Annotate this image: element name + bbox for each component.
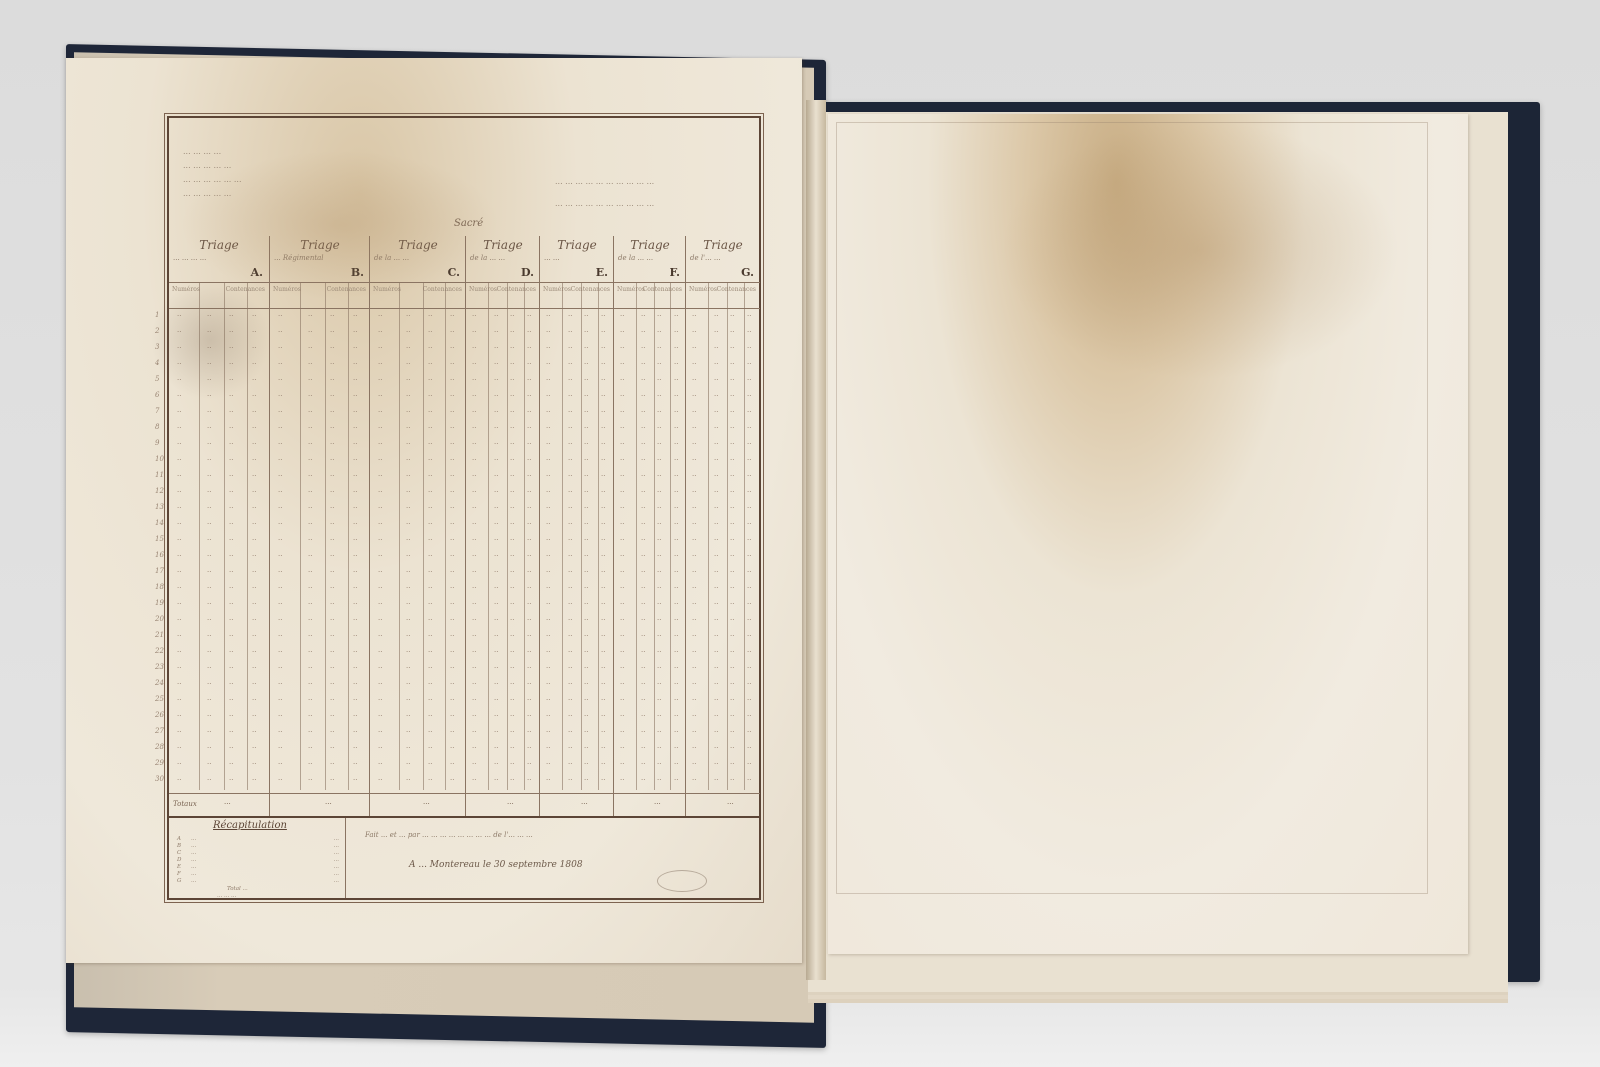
table-cell: ·· (330, 424, 334, 432)
table-row: ········ (686, 549, 760, 565)
table-cell: ·· (568, 712, 572, 720)
table-cell: ·· (641, 424, 645, 432)
table-cell: ·· (714, 440, 718, 448)
table-cell: ·· (674, 408, 678, 416)
table-cell: ·· (378, 488, 382, 496)
table-row: ········ (169, 421, 269, 437)
table-cell: ·· (568, 504, 572, 512)
table-cell: ·· (330, 664, 334, 672)
table-cell: ·· (657, 680, 661, 688)
table-row: ········ (169, 693, 269, 709)
section-rows: ········································… (466, 308, 540, 789)
table-cell: ·· (472, 312, 476, 320)
table-row: ········ (466, 421, 540, 437)
table-cell: ·· (601, 456, 605, 464)
table-cell: ·· (252, 712, 256, 720)
table-cell: ·· (308, 504, 312, 512)
table-row: ········ (686, 757, 760, 773)
table-cell: ·· (428, 472, 432, 480)
table-row: ········ (614, 309, 686, 325)
table-cell: ·· (747, 344, 751, 352)
table-cell: ·· (229, 760, 233, 768)
table-cell: ·· (620, 392, 624, 400)
table-cell: ·· (747, 648, 751, 656)
section-letter: C. (448, 266, 460, 279)
table-cell: ·· (641, 760, 645, 768)
table-cell: ·· (330, 760, 334, 768)
table-cell: ·· (527, 360, 531, 368)
table-cell: ·· (674, 504, 678, 512)
table-row: ········ (540, 613, 614, 629)
table-cell: ·· (278, 408, 282, 416)
section-total: ... (466, 793, 540, 812)
table-cell: ·· (747, 536, 751, 544)
table-cell: ·· (641, 536, 645, 544)
table-cell: ·· (584, 584, 588, 592)
table-cell: ·· (330, 536, 334, 544)
table-cell: ·· (527, 712, 531, 720)
table-cell: ·· (674, 680, 678, 688)
table-cell: ·· (308, 456, 312, 464)
table-cell: ·· (308, 760, 312, 768)
table-cell: ·· (207, 728, 211, 736)
table-cell: ·· (714, 664, 718, 672)
section-title: Triage (370, 238, 466, 252)
table-row: ········ (540, 501, 614, 517)
table-cell: ·· (177, 728, 181, 736)
table-cell: ·· (641, 728, 645, 736)
table-row: ········ (270, 437, 370, 453)
table-cell: ·· (353, 632, 357, 640)
table-cell: ·· (252, 648, 256, 656)
table-cell: ·· (229, 504, 233, 512)
table-cell: ·· (692, 552, 696, 560)
table-cell: ·· (527, 312, 531, 320)
table-row: ········ (466, 325, 540, 341)
table-cell: ·· (330, 728, 334, 736)
table-cell: ·· (330, 312, 334, 320)
table-cell: ·· (308, 552, 312, 560)
table-cell: ·· (428, 632, 432, 640)
table-row: ········ (686, 629, 760, 645)
table-cell: ·· (747, 664, 751, 672)
table-cell: ·· (428, 616, 432, 624)
table-cell: ·· (641, 680, 645, 688)
table-cell: ·· (207, 680, 211, 688)
table-cell: ·· (747, 488, 751, 496)
table-cell: ·· (330, 520, 334, 528)
table-cell: ·· (641, 600, 645, 608)
table-cell: ·· (601, 648, 605, 656)
table-row: ········ (370, 309, 466, 325)
table-cell: ·· (378, 680, 382, 688)
table-cell: ·· (730, 632, 734, 640)
column-header-numeros: Numéros (469, 286, 497, 293)
table-cell: ·· (620, 680, 624, 688)
table-cell: ·· (378, 744, 382, 752)
table-cell: ·· (472, 472, 476, 480)
table-row: ········ (686, 741, 760, 757)
table-cell: ·· (353, 552, 357, 560)
table-row: ········ (466, 549, 540, 565)
table-row: ········ (540, 421, 614, 437)
table-cell: ·· (510, 392, 514, 400)
table-cell: ·· (641, 696, 645, 704)
table-cell: ·· (353, 408, 357, 416)
table-cell: ·· (730, 664, 734, 672)
center-heading: Sacré (454, 218, 483, 229)
recap-key: B (177, 843, 181, 849)
table-row: ········ (466, 725, 540, 741)
table-cell: ·· (450, 632, 454, 640)
table-cell: ·· (620, 568, 624, 576)
table-cell: ·· (494, 728, 498, 736)
table-row: ········ (614, 501, 686, 517)
recap-label: ... (191, 857, 196, 863)
table-cell: ·· (641, 440, 645, 448)
column-header-numeros: Numéros (543, 286, 571, 293)
table-cell: ·· (353, 472, 357, 480)
table-cell: ·· (378, 392, 382, 400)
table-row: ········ (540, 405, 614, 421)
table-cell: ·· (641, 568, 645, 576)
table-cell: ·· (472, 488, 476, 496)
table-cell: ·· (252, 728, 256, 736)
table-cell: ·· (584, 696, 588, 704)
table-cell: ·· (278, 536, 282, 544)
table-cell: ·· (229, 744, 233, 752)
table-cell: ·· (450, 440, 454, 448)
table-cell: ·· (620, 520, 624, 528)
table-cell: ·· (353, 680, 357, 688)
table-row: ········ (466, 773, 540, 789)
table-cell: ·· (450, 392, 454, 400)
table-cell: ·· (568, 408, 572, 416)
table-cell: ·· (601, 392, 605, 400)
table-cell: ·· (747, 376, 751, 384)
table-cell: ·· (308, 488, 312, 496)
table-cell: ·· (747, 600, 751, 608)
table-cell: ·· (546, 712, 550, 720)
section-title: Triage (270, 238, 370, 252)
table-row: ········ (466, 709, 540, 725)
table-cell: ·· (584, 744, 588, 752)
table-cell: ·· (730, 616, 734, 624)
table-cell: ·· (510, 344, 514, 352)
table-row: ········ (270, 757, 370, 773)
table-cell: ·· (620, 600, 624, 608)
table-cell: ·· (428, 328, 432, 336)
table-cell: ·· (568, 600, 572, 608)
table-cell: ·· (714, 696, 718, 704)
table-cell: ·· (494, 568, 498, 576)
table-row: ········ (370, 501, 466, 517)
table-cell: ·· (510, 616, 514, 624)
table-cell: ·· (584, 600, 588, 608)
table-cell: ·· (207, 312, 211, 320)
table-cell: ·· (406, 600, 410, 608)
table-cell: ·· (428, 760, 432, 768)
table-cell: ·· (730, 776, 734, 784)
table-cell: ·· (378, 616, 382, 624)
table-cell: ·· (747, 568, 751, 576)
table-cell: ·· (308, 376, 312, 384)
row-number: 6 (155, 391, 159, 407)
table-cell: ·· (494, 760, 498, 768)
preamble-line: ... ... ... ... (183, 146, 221, 158)
table-cell: ·· (252, 376, 256, 384)
table-row: ········ (540, 709, 614, 725)
table-row: ········ (370, 693, 466, 709)
table-cell: ·· (568, 696, 572, 704)
table-cell: ·· (601, 504, 605, 512)
table-cell: ·· (330, 632, 334, 640)
table-cell: ·· (730, 760, 734, 768)
table-cell: ·· (278, 424, 282, 432)
table-cell: ·· (252, 328, 256, 336)
table-cell: ·· (641, 504, 645, 512)
table-row: ········ (614, 549, 686, 565)
table-cell: ·· (450, 712, 454, 720)
table-cell: ·· (620, 744, 624, 752)
table-cell: ·· (601, 696, 605, 704)
table-row: ········ (540, 565, 614, 581)
table-cell: ·· (207, 664, 211, 672)
table-cell: ·· (546, 600, 550, 608)
table-cell: ·· (278, 376, 282, 384)
preamble-text: ... ... ... ... ... ... ... ... ... ... … (175, 136, 750, 226)
table-cell: ·· (620, 440, 624, 448)
table-cell: ·· (510, 712, 514, 720)
table-cell: ·· (450, 520, 454, 528)
table-cell: ·· (601, 776, 605, 784)
table-cell: ·· (378, 328, 382, 336)
table-cell: ·· (207, 520, 211, 528)
table-cell: ·· (207, 392, 211, 400)
recap-key: E (177, 864, 181, 870)
table-cell: ·· (527, 424, 531, 432)
section-total: ... (370, 793, 466, 812)
preamble-line: ... ... ... ... ... (183, 188, 231, 200)
table-cell: ·· (378, 344, 382, 352)
table-cell: ·· (229, 600, 233, 608)
table-row: ········ (370, 741, 466, 757)
table-cell: ·· (450, 488, 454, 496)
table-cell: ·· (177, 680, 181, 688)
table-cell: ·· (378, 664, 382, 672)
section-rows: ········································… (540, 308, 614, 789)
table-cell: ·· (657, 360, 661, 368)
table-cell: ·· (674, 600, 678, 608)
column-header-numeros: Numéros (617, 286, 645, 293)
table-row: ········ (614, 389, 686, 405)
table-cell: ·· (177, 488, 181, 496)
table-cell: ·· (207, 568, 211, 576)
preamble-line: ... ... ... ... ... ... ... ... ... ... (555, 198, 654, 210)
table-cell: ·· (177, 456, 181, 464)
table-cell: ·· (229, 328, 233, 336)
table-cell: ·· (308, 520, 312, 528)
table-row: ········ (270, 581, 370, 597)
row-number: 26 (155, 711, 164, 727)
table-cell: ·· (568, 376, 572, 384)
table-cell: ·· (546, 568, 550, 576)
table-cell: ·· (330, 440, 334, 448)
table-cell: ·· (510, 424, 514, 432)
table-cell: ·· (601, 568, 605, 576)
table-cell: ·· (353, 360, 357, 368)
row-numbers: 1234567891011121314151617181920212223242… (155, 308, 169, 788)
table-cell: ·· (584, 568, 588, 576)
table-cell: ·· (308, 648, 312, 656)
row-number: 22 (155, 647, 164, 663)
table-row: ········ (686, 709, 760, 725)
table-cell: ·· (584, 712, 588, 720)
table-cell: ·· (353, 328, 357, 336)
table-cell: ·· (584, 504, 588, 512)
row-number: 30 (155, 775, 164, 791)
table-cell: ·· (527, 552, 531, 560)
table-row: ········ (370, 373, 466, 389)
table-cell: ·· (510, 776, 514, 784)
table-cell: ·· (527, 744, 531, 752)
table-cell: ·· (657, 728, 661, 736)
table-cell: ·· (494, 360, 498, 368)
table-cell: ·· (406, 520, 410, 528)
table-cell: ·· (229, 616, 233, 624)
table-row: ········ (370, 645, 466, 661)
table-cell: ·· (428, 776, 432, 784)
table-cell: ·· (714, 616, 718, 624)
table-cell: ·· (406, 584, 410, 592)
table-cell: ·· (406, 552, 410, 560)
table-cell: ·· (584, 664, 588, 672)
right-page[interactable] (828, 114, 1468, 954)
section-total-value: ... (224, 798, 231, 806)
table-cell: ·· (378, 584, 382, 592)
table-cell: ·· (510, 744, 514, 752)
table-cell: ·· (568, 680, 572, 688)
table-cell: ·· (472, 520, 476, 528)
table-cell: ·· (620, 664, 624, 672)
table-cell: ·· (692, 744, 696, 752)
table-cell: ·· (428, 648, 432, 656)
table-cell: ·· (674, 392, 678, 400)
table-cell: ·· (278, 360, 282, 368)
column-header-numeros: Numéros (689, 286, 717, 293)
table-cell: ·· (252, 552, 256, 560)
row-number: 20 (155, 615, 164, 631)
table-cell: ·· (353, 616, 357, 624)
table-cell: ·· (353, 424, 357, 432)
table-cell: ·· (641, 664, 645, 672)
column-headers: Numéros Contenances (370, 282, 466, 305)
table-cell: ·· (330, 712, 334, 720)
table-cell: ·· (584, 632, 588, 640)
table-cell: ·· (546, 520, 550, 528)
table-row: ········ (686, 357, 760, 373)
table-cell: ·· (692, 376, 696, 384)
table-cell: ·· (510, 360, 514, 368)
table-cell: ·· (406, 760, 410, 768)
table-cell: ·· (207, 504, 211, 512)
table-cell: ·· (657, 696, 661, 704)
table-cell: ·· (714, 712, 718, 720)
table-cell: ·· (510, 536, 514, 544)
table-cell: ·· (229, 568, 233, 576)
table-row: ········ (614, 405, 686, 421)
table-cell: ·· (657, 776, 661, 784)
table-cell: ·· (177, 648, 181, 656)
table-cell: ·· (584, 536, 588, 544)
row-number: 17 (155, 567, 164, 583)
table-cell: ·· (641, 776, 645, 784)
table-cell: ·· (278, 504, 282, 512)
table-row: ········ (686, 677, 760, 693)
column-headers: Numéros Contenances (614, 282, 686, 305)
table-cell: ·· (472, 344, 476, 352)
table-cell: ·· (527, 344, 531, 352)
table-cell: ·· (584, 552, 588, 560)
table-cell: ·· (747, 776, 751, 784)
table-cell: ·· (601, 600, 605, 608)
table-cell: ·· (177, 600, 181, 608)
section-total-value: ... (727, 798, 734, 806)
table-row: ········ (466, 629, 540, 645)
table-row: ········ (540, 341, 614, 357)
section-title: Triage (169, 238, 269, 252)
table-row: ········ (686, 341, 760, 357)
table-cell: ·· (378, 648, 382, 656)
table-cell: ·· (207, 600, 211, 608)
table-cell: ·· (406, 568, 410, 576)
table-cell: ·· (450, 536, 454, 544)
table-cell: ·· (378, 600, 382, 608)
table-row: ········ (370, 469, 466, 485)
table-cell: ·· (510, 456, 514, 464)
table-cell: ·· (428, 312, 432, 320)
table-row: ········ (686, 501, 760, 517)
table-cell: ·· (494, 344, 498, 352)
table-cell: ·· (692, 392, 696, 400)
table-cell: ·· (527, 568, 531, 576)
table-cell: ·· (207, 536, 211, 544)
table-cell: ·· (308, 440, 312, 448)
table-cell: ·· (378, 728, 382, 736)
table-cell: ·· (584, 328, 588, 336)
table-cell: ·· (546, 696, 550, 704)
column-headers: Numéros Contenances (540, 282, 614, 305)
table-row: ········ (169, 501, 269, 517)
table-row: ········ (270, 629, 370, 645)
table-cell: ·· (674, 776, 678, 784)
table-cell: ·· (692, 504, 696, 512)
table-cell: ·· (472, 376, 476, 384)
table-cell: ·· (692, 712, 696, 720)
table-cell: ·· (714, 328, 718, 336)
table-cell: ·· (657, 328, 661, 336)
table-cell: ·· (177, 312, 181, 320)
table-row: ········ (686, 453, 760, 469)
table-cell: ·· (692, 456, 696, 464)
table-cell: ·· (229, 632, 233, 640)
table-row: ········ (466, 453, 540, 469)
table-cell: ·· (252, 696, 256, 704)
table-cell: ·· (450, 616, 454, 624)
table-row: ········ (270, 341, 370, 357)
table-cell: ·· (378, 632, 382, 640)
table-row: ········ (270, 645, 370, 661)
